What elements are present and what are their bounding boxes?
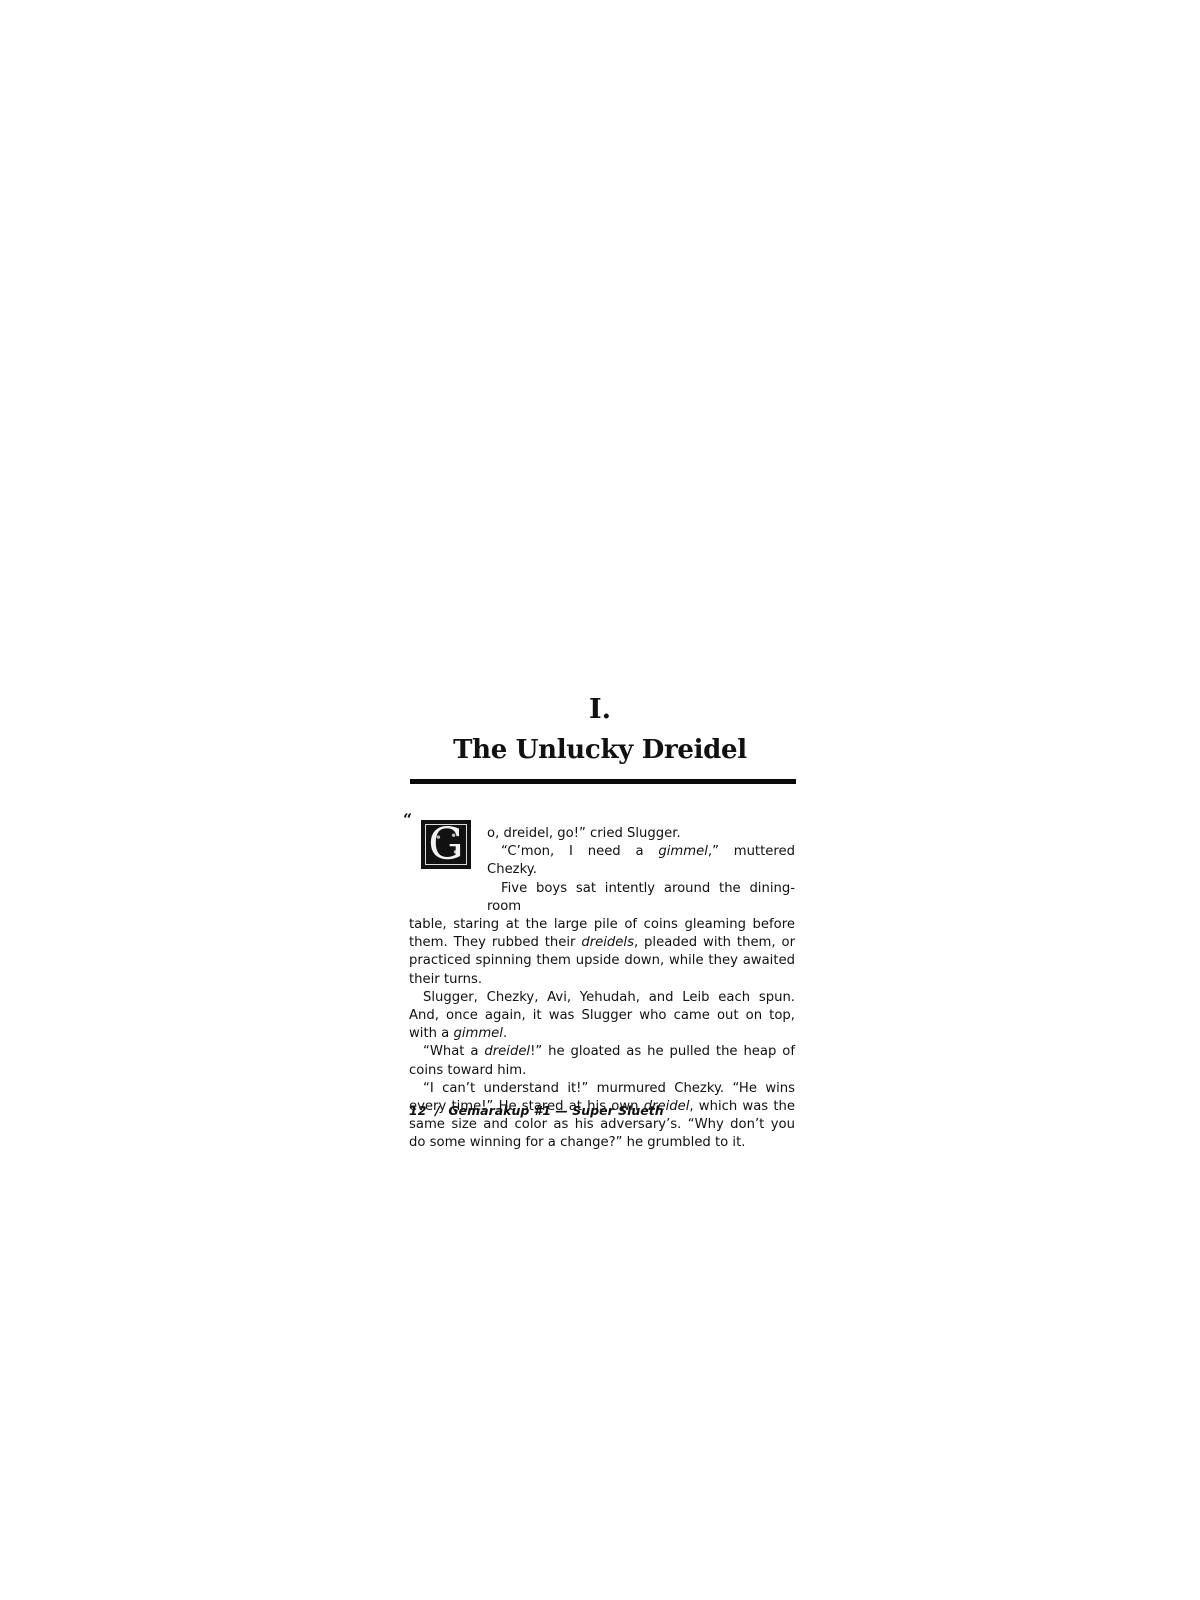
page-footer: 12 / Gemarakup #1 — Super Slueth — [409, 1103, 664, 1119]
text-run: . — [503, 1026, 507, 1041]
paragraph-2: “C’mon, I need a gimmel,” muttered Chezk… — [409, 843, 795, 879]
text-run: o, dreidel, go!” cried Slugger. — [487, 826, 681, 841]
paragraph-4: Slugger, Chezky, Avi, Yehudah, and Leib … — [409, 989, 795, 1044]
paragraph-3: table, staring at the large pile of coin… — [409, 916, 795, 989]
book-page: I. The Unlucky Dreidel “ G o, dreidel, g… — [0, 0, 1200, 1600]
chapter-title: The Unlucky Dreidel — [405, 734, 795, 766]
text-run: “What a — [423, 1044, 484, 1059]
title-rule-divider — [410, 779, 796, 784]
paragraph-1: o, dreidel, go!” cried Slugger. — [409, 825, 795, 843]
italic-term: gimmel — [453, 1026, 503, 1041]
text-run: “C’mon, I need a — [501, 844, 658, 859]
paragraph-3-line-1: Five boys sat intently around the dining… — [409, 880, 795, 916]
chapter-number: I. — [405, 694, 795, 726]
italic-term: dreidels — [581, 935, 634, 950]
italic-term: dreidel — [484, 1044, 530, 1059]
text-run: Five boys sat intently around the dining… — [487, 881, 795, 914]
italic-term: gimmel — [658, 844, 708, 859]
paragraph-5: “What a dreidel!” he gloated as he pulle… — [409, 1043, 795, 1079]
